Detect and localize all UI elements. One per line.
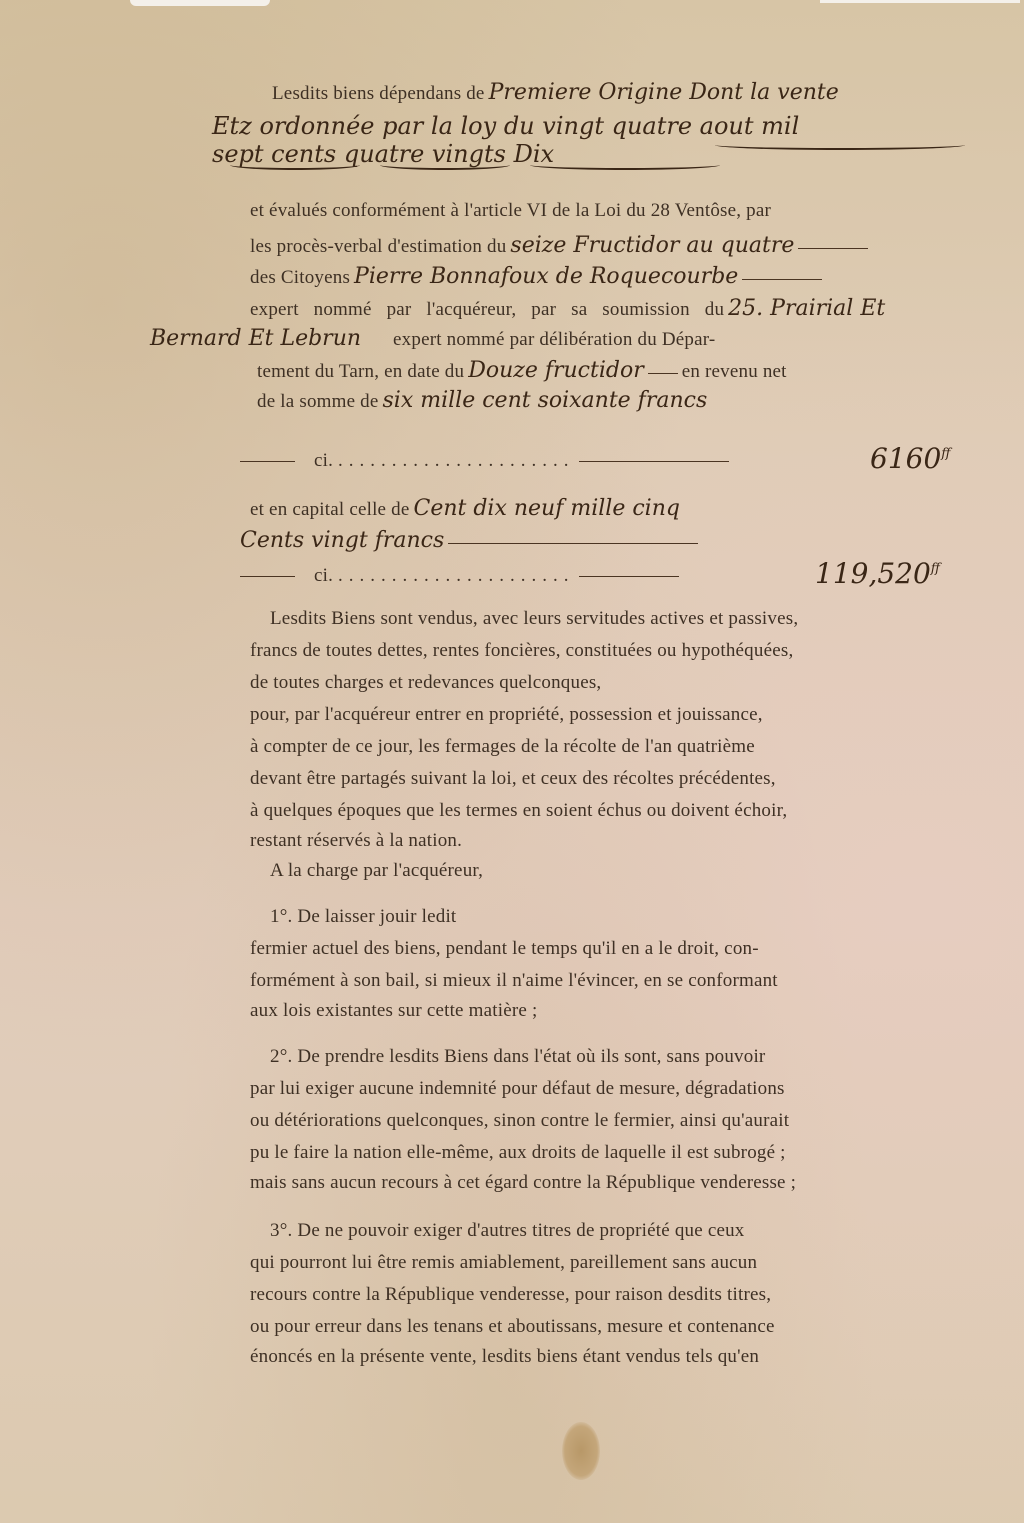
handwritten-text: Douze fructidor xyxy=(468,358,644,383)
fill-line xyxy=(579,576,679,577)
paragraph-line: Lesdits Biens sont vendus, avec leurs se… xyxy=(270,608,798,630)
printed-text: Lesdits biens dépendans de xyxy=(272,83,485,104)
handwritten-text: 25. Prairial Et xyxy=(728,296,885,321)
printed-text: expert nommé par délibération du Dépar- xyxy=(393,329,715,350)
fill-line xyxy=(715,140,965,150)
fill-line xyxy=(648,373,678,374)
dot-leader: ...................... xyxy=(338,565,575,586)
fill-line xyxy=(240,461,295,462)
dot-leader: ...................... xyxy=(338,450,575,471)
capital-amount: 119,520ff xyxy=(815,557,940,590)
line-2: Etz ordonnée par la loy du vingt quatre … xyxy=(212,112,799,140)
line-13: Cents vingt francs xyxy=(240,528,698,553)
printed-text: les procès-verbal d'estimation du xyxy=(250,236,506,257)
line-9: tement du Tarn, en date du Douze fructid… xyxy=(257,358,787,383)
paper-tear xyxy=(130,0,270,6)
ci-label: ci. xyxy=(314,565,333,586)
clause-3-heading: 3°. De ne pouvoir exiger d'autres titres… xyxy=(270,1220,745,1242)
fill-line xyxy=(230,160,360,170)
paper-edge xyxy=(820,0,1020,3)
paragraph-line: devant être partagés suivant la loi, et … xyxy=(250,768,776,790)
printed-text: expert nommé par l'acquéreur, par sa sou… xyxy=(250,299,724,320)
paragraph-line: recours contre la République venderesse,… xyxy=(250,1284,771,1306)
paragraph-line: à compter de ce jour, les fermages de la… xyxy=(250,736,755,758)
ci-label: ci. xyxy=(314,450,333,471)
paragraph-line: fermier actuel des biens, pendant le tem… xyxy=(250,938,759,960)
line-1: Lesdits biens dépendans de Premiere Orig… xyxy=(272,80,839,105)
handwritten-text: Pierre Bonnafoux de Roquecourbe xyxy=(354,264,738,289)
paragraph-line: de toutes charges et redevances quelconq… xyxy=(250,672,601,694)
line-5: les procès-verbal d'estimation du seize … xyxy=(250,233,868,258)
handwritten-text: seize Fructidor au quatre xyxy=(510,233,794,258)
printed-text: et en capital celle de xyxy=(250,499,409,520)
amount-value: 119,520 xyxy=(815,557,931,590)
paragraph-line: restant réservés à la nation. xyxy=(250,830,462,852)
printed-text: tement du Tarn, en date du xyxy=(257,361,464,382)
handwritten-text: six mille cent soixante francs xyxy=(383,388,708,413)
clause-1-heading: 1°. De laisser jouir ledit xyxy=(270,906,456,928)
paragraph-line: pu le faire la nation elle-même, aux dro… xyxy=(250,1142,786,1164)
fill-line xyxy=(448,543,698,544)
handwritten-text: Cent dix neuf mille cinq xyxy=(413,496,679,521)
clause-2-heading: 2°. De prendre lesdits Biens dans l'état… xyxy=(270,1046,765,1068)
line-12: et en capital celle de Cent dix neuf mil… xyxy=(250,496,680,521)
paragraph-line: aux lois existantes sur cette matière ; xyxy=(250,1000,537,1022)
revenue-amount: 6160ff xyxy=(870,442,950,475)
paragraph-line: énoncés en la présente vente, lesdits bi… xyxy=(250,1346,759,1368)
paragraph-line: A la charge par l'acquéreur, xyxy=(270,860,483,882)
line-4: et évalués conformément à l'article VI d… xyxy=(250,200,771,222)
document-page: Lesdits biens dépendans de Premiere Orig… xyxy=(0,0,1024,1523)
printed-text: des Citoyens xyxy=(250,267,350,288)
paragraph-line: à quelques époques que les termes en soi… xyxy=(250,800,787,822)
handwritten-text: Cents vingt francs xyxy=(240,528,444,553)
livre-symbol: ff xyxy=(931,562,940,577)
line-10: de la somme de six mille cent soixante f… xyxy=(257,388,707,413)
line-8: Bernard Et Lebrun expert nommé par délib… xyxy=(150,326,715,351)
paragraph-line: par lui exiger aucune indemnité pour déf… xyxy=(250,1078,785,1100)
handwritten-text: Bernard Et Lebrun xyxy=(150,326,361,351)
paragraph-line: ou pour erreur dans les tenans et abouti… xyxy=(250,1316,775,1338)
paper-stain xyxy=(562,1422,600,1480)
livre-symbol: ff xyxy=(941,447,950,462)
paragraph-line: formément à son bail, si mieux il n'aime… xyxy=(250,970,778,992)
paragraph-line: ou détériorations quelconques, sinon con… xyxy=(250,1110,789,1132)
fill-line xyxy=(579,461,729,462)
fill-line xyxy=(530,160,720,170)
paragraph-line: francs de toutes dettes, rentes foncière… xyxy=(250,640,793,662)
printed-text: de la somme de xyxy=(257,391,379,412)
printed-text: en revenu net xyxy=(682,361,787,382)
ci-line-revenue: ci. ...................... xyxy=(240,450,729,472)
paragraph-line: pour, par l'acquéreur entrer en propriét… xyxy=(250,704,763,726)
fill-line xyxy=(240,576,295,577)
line-7: expert nommé par l'acquéreur, par sa sou… xyxy=(250,296,885,321)
ci-line-capital: ci. ...................... xyxy=(240,565,679,587)
amount-value: 6160 xyxy=(870,442,941,475)
paragraph-line: mais sans aucun recours à cet égard cont… xyxy=(250,1172,796,1194)
line-6: des Citoyens Pierre Bonnafoux de Roqueco… xyxy=(250,264,822,289)
fill-line xyxy=(742,279,822,280)
handwritten-text: Premiere Origine Dont la vente xyxy=(489,80,839,105)
paragraph-line: qui pourront lui être remis amiablement,… xyxy=(250,1252,757,1274)
fill-line xyxy=(798,248,868,249)
fill-line xyxy=(380,160,510,170)
